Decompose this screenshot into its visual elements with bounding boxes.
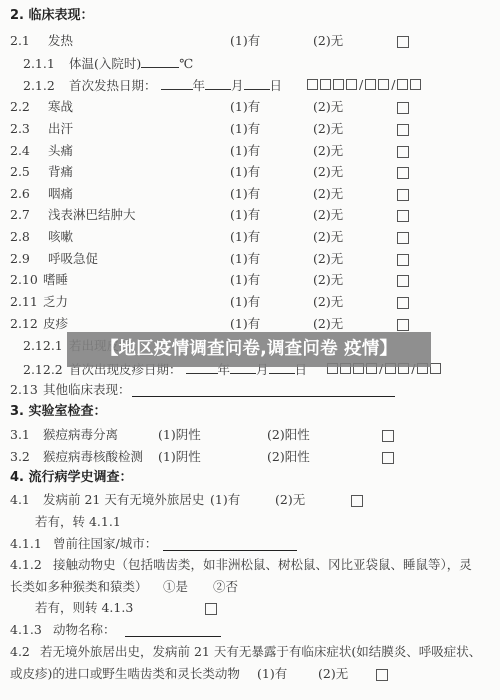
item-number: 2.12.1 bbox=[23, 338, 69, 354]
option-positive[interactable]: (2)阳性 bbox=[267, 427, 310, 443]
answer-checkbox[interactable] bbox=[397, 232, 409, 244]
item-number: 2.7 bbox=[10, 207, 48, 223]
item-number: 2.1.2 bbox=[23, 78, 69, 94]
item-number: 2.13 bbox=[10, 382, 43, 398]
answer-checkbox[interactable] bbox=[397, 297, 409, 309]
option-yes[interactable]: (1)有 bbox=[230, 186, 260, 202]
option-yes[interactable]: (1)有 bbox=[230, 229, 260, 245]
item-2-12: 2.12皮疹 bbox=[10, 316, 68, 332]
answer-checkbox[interactable] bbox=[397, 189, 409, 201]
item-label: 动物名称： bbox=[53, 622, 116, 637]
item-2-2: 2.2寒战 bbox=[10, 99, 73, 115]
option-no[interactable]: (2)无 bbox=[313, 33, 343, 49]
item-label: 呼吸急促 bbox=[48, 251, 98, 266]
option-yes[interactable]: (1)有 bbox=[230, 316, 260, 332]
item-number: 4.1.2 bbox=[10, 557, 53, 573]
item-number: 2.1 bbox=[10, 33, 48, 49]
option-yes[interactable]: (1)有 bbox=[230, 99, 260, 115]
answer-checkbox[interactable] bbox=[382, 452, 394, 464]
item-label: 头痛 bbox=[48, 143, 73, 158]
answer-checkbox[interactable] bbox=[397, 124, 409, 136]
option-no[interactable]: (2)无 bbox=[313, 99, 343, 115]
item-number: 2.9 bbox=[10, 251, 48, 267]
section-2-heading: 2. 临床表现： bbox=[10, 8, 94, 24]
item-label: 背痛 bbox=[48, 164, 73, 179]
option-no[interactable]: (2)无 bbox=[313, 164, 343, 180]
item-number: 2.12.2 bbox=[23, 362, 69, 378]
other-symptoms-field[interactable] bbox=[132, 396, 395, 397]
option-yes[interactable]: ①是 bbox=[163, 579, 188, 595]
item-2-6: 2.6咽痛 bbox=[10, 186, 73, 202]
year-label: 年 bbox=[193, 78, 206, 93]
item-2-9: 2.9呼吸急促 bbox=[10, 251, 98, 267]
answer-checkbox[interactable] bbox=[397, 254, 409, 266]
answer-checkbox[interactable] bbox=[205, 603, 217, 615]
item-2-1-1: 2.1.1体温(入院时)℃ bbox=[23, 55, 193, 72]
answer-checkbox[interactable] bbox=[397, 319, 409, 331]
answer-checkbox[interactable] bbox=[397, 146, 409, 158]
item-number: 2.10 bbox=[10, 272, 43, 288]
option-yes[interactable]: (1)有 bbox=[230, 251, 260, 267]
item-4-2: 4.2若无境外旅居出史，发病前 21 天有无暴露于有临床症状(如结膜炎、呼吸症状… bbox=[10, 644, 481, 660]
item-label: 若无境外旅居出史，发病前 21 天有无暴露于有临床症状(如结膜炎、呼吸症状、 bbox=[40, 644, 481, 659]
answer-checkbox[interactable] bbox=[397, 102, 409, 114]
item-number: 2.11 bbox=[10, 294, 43, 310]
option-yes[interactable]: (1)有 bbox=[257, 666, 287, 682]
option-yes[interactable]: (1)有 bbox=[230, 207, 260, 223]
item-number: 2.1.1 bbox=[23, 56, 69, 72]
date-code-boxes[interactable]: // bbox=[307, 77, 423, 93]
item-2-8: 2.8咳嗽 bbox=[10, 229, 73, 245]
option-no[interactable]: (2)无 bbox=[313, 229, 343, 245]
day-field[interactable] bbox=[244, 77, 270, 90]
item-4-1-1: 4.1.1曾前往国家/城市： bbox=[10, 536, 157, 552]
option-no[interactable]: (2)无 bbox=[313, 207, 343, 223]
item-number: 3.1 bbox=[10, 427, 43, 443]
option-no[interactable]: (2)无 bbox=[313, 272, 343, 288]
item-number: 4.1.1 bbox=[10, 536, 53, 552]
option-positive[interactable]: (2)阳性 bbox=[267, 449, 310, 465]
animal-name-field[interactable] bbox=[125, 636, 221, 637]
questionnaire-page: 2. 临床表现： 2.1发热 (1)有 (2)无 2.1.1体温(入院时)℃ 2… bbox=[0, 0, 500, 700]
item-2-1-2: 2.1.2首次发热日期：年月日 bbox=[23, 77, 282, 94]
answer-checkbox[interactable] bbox=[397, 36, 409, 48]
option-yes[interactable]: (1)有 bbox=[230, 294, 260, 310]
item-label: 出汗 bbox=[48, 121, 73, 136]
item-2-5: 2.5背痛 bbox=[10, 164, 73, 180]
month-field[interactable] bbox=[205, 77, 231, 90]
item-label: 皮疹 bbox=[43, 316, 68, 331]
option-yes[interactable]: (1)有 bbox=[230, 164, 260, 180]
item-3-2: 3.2猴痘病毒核酸检测 bbox=[10, 449, 143, 465]
answer-checkbox[interactable] bbox=[376, 669, 388, 681]
day-label: 日 bbox=[270, 78, 283, 93]
item-label: 浅表淋巴结肿大 bbox=[48, 207, 136, 222]
option-no[interactable]: (2)无 bbox=[313, 316, 343, 332]
option-no[interactable]: (2)无 bbox=[313, 186, 343, 202]
item-number: 2.5 bbox=[10, 164, 48, 180]
answer-checkbox[interactable] bbox=[397, 275, 409, 287]
item-label: 发热 bbox=[48, 33, 73, 48]
month-label: 月 bbox=[231, 78, 244, 93]
option-yes[interactable]: (1)有 bbox=[210, 492, 240, 508]
answer-checkbox[interactable] bbox=[351, 495, 363, 507]
item-label: 发病前 21 天有无境外旅居史 bbox=[43, 492, 204, 507]
section-3-heading: 3. 实验室检查： bbox=[10, 404, 107, 420]
option-no[interactable]: (2)无 bbox=[275, 492, 305, 508]
item-2-3: 2.3出汗 bbox=[10, 121, 73, 137]
title-banner: 【地区疫情调查问卷,调查问卷 疫情】 bbox=[67, 332, 431, 367]
item-4-1-3: 4.1.3动物名称： bbox=[10, 622, 116, 638]
item-4-1-2: 4.1.2接触动物史（包括啮齿类，如非洲松鼠、树松鼠、冈比亚袋鼠、睡鼠等），灵 bbox=[10, 557, 472, 573]
item-number: 2.8 bbox=[10, 229, 48, 245]
section-4-heading: 4. 流行病学史调查： bbox=[10, 470, 133, 486]
item-label: 猴痘病毒分离 bbox=[43, 427, 118, 442]
item-number: 2.4 bbox=[10, 143, 48, 159]
item-label: 寒战 bbox=[48, 99, 73, 114]
item-number: 3.2 bbox=[10, 449, 43, 465]
option-negative[interactable]: (1)阴性 bbox=[158, 449, 201, 465]
item-label: 首次发热日期： bbox=[69, 78, 157, 93]
item-number: 2.2 bbox=[10, 99, 48, 115]
item-4-1: 4.1发病前 21 天有无境外旅居史 bbox=[10, 492, 204, 508]
option-yes[interactable]: (1)有 bbox=[230, 143, 260, 159]
item-4-1-2-cont: 长类如多种猴类和猿类） bbox=[10, 579, 148, 595]
option-yes[interactable]: (1)有 bbox=[230, 121, 260, 137]
item-number: 4.1 bbox=[10, 492, 43, 508]
item-label: 咳嗽 bbox=[48, 229, 73, 244]
item-number: 4.2 bbox=[10, 644, 40, 660]
note-goto-4-1-3: 若有，则转 4.1.3 bbox=[35, 600, 133, 616]
item-number: 2.3 bbox=[10, 121, 48, 137]
item-label: 体温(入院时) bbox=[69, 56, 141, 71]
item-label: 曾前往国家/城市： bbox=[53, 536, 157, 551]
option-yes[interactable]: (1)有 bbox=[230, 33, 260, 49]
answer-checkbox[interactable] bbox=[397, 210, 409, 222]
unit-label: ℃ bbox=[179, 56, 193, 71]
item-3-1: 3.1猴痘病毒分离 bbox=[10, 427, 118, 443]
item-2-11: 2.11乏力 bbox=[10, 294, 68, 310]
option-negative[interactable]: (1)阴性 bbox=[158, 427, 201, 443]
item-number: 2.6 bbox=[10, 186, 48, 202]
item-number: 4.1.3 bbox=[10, 622, 53, 638]
temperature-field[interactable] bbox=[141, 55, 179, 68]
option-no[interactable]: ②否 bbox=[213, 579, 238, 595]
option-no[interactable]: (2)无 bbox=[318, 666, 348, 682]
item-2-13: 2.13其他临床表现： bbox=[10, 382, 131, 398]
item-label: 嗜睡 bbox=[43, 272, 68, 287]
option-no[interactable]: (2)无 bbox=[313, 143, 343, 159]
answer-checkbox[interactable] bbox=[382, 430, 394, 442]
item-label: 乏力 bbox=[43, 294, 68, 309]
item-label: 其他临床表现： bbox=[43, 382, 131, 397]
item-2-1: 2.1发热 bbox=[10, 33, 73, 49]
option-no[interactable]: (2)无 bbox=[313, 251, 343, 267]
item-label: 猴痘病毒核酸检测 bbox=[43, 449, 143, 464]
option-no[interactable]: (2)无 bbox=[313, 121, 343, 137]
option-yes[interactable]: (1)有 bbox=[230, 272, 260, 288]
item-label: 接触动物史（包括啮齿类，如非洲松鼠、树松鼠、冈比亚袋鼠、睡鼠等），灵 bbox=[53, 557, 472, 572]
note-goto-4-1-1: 若有，转 4.1.1 bbox=[35, 514, 121, 530]
item-label: 咽痛 bbox=[48, 186, 73, 201]
option-no[interactable]: (2)无 bbox=[313, 294, 343, 310]
item-2-4: 2.4头痛 bbox=[10, 143, 73, 159]
year-field[interactable] bbox=[161, 77, 193, 90]
country-city-field[interactable] bbox=[163, 550, 297, 551]
item-2-10: 2.10嗜睡 bbox=[10, 272, 68, 288]
answer-checkbox[interactable] bbox=[397, 167, 409, 179]
item-number: 2.12 bbox=[10, 316, 43, 332]
item-4-2-cont: 或皮疹)的进口或野生啮齿类和灵长类动物 bbox=[10, 666, 240, 682]
item-2-7: 2.7浅表淋巴结肿大 bbox=[10, 207, 136, 223]
